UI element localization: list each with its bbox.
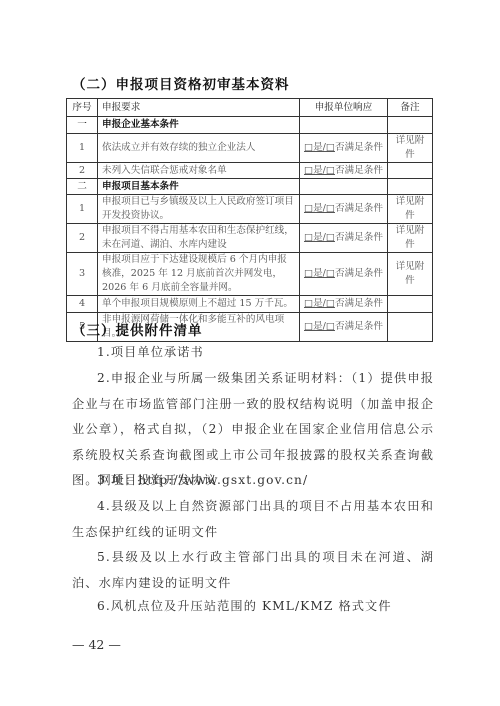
row-no: 3 [67, 253, 98, 296]
response-text: 否满足条件 [335, 165, 383, 176]
row-note: 详见附件 [387, 224, 432, 253]
table-row: 4 单个申报项目规模原则上不超过 15 万千瓦。 □是/□否满足条件 [67, 296, 433, 313]
header-note: 备注 [387, 99, 432, 117]
row-requirement: 申报项目应于下达建设规模后 6 个月内申报核准，2025 年 12 月底前首次并… [98, 253, 300, 296]
header-response: 申报单位响应 [300, 99, 388, 117]
row-response: □是/□否满足条件 [300, 296, 388, 313]
response-text: 否满足条件 [335, 232, 383, 243]
row-requirement: 依法成立并有效存续的独立企业法人 [98, 134, 300, 163]
row-note [387, 163, 432, 179]
row-no: 2 [67, 163, 98, 179]
response-text: 否满足条件 [335, 321, 383, 332]
yes-no-checkbox[interactable]: □是/□ [304, 321, 335, 332]
header-no: 序号 [67, 99, 98, 117]
yes-no-checkbox[interactable]: □是/□ [304, 268, 335, 279]
row-requirement: 申报项目基本条件 [98, 179, 300, 195]
attachment-item-5: 5.县级及以上水行政主管部门出具的项目未在河道、湖泊、水库内建设的证明文件 [72, 545, 434, 596]
row-no: 4 [67, 296, 98, 313]
section-3-title: （三）提供附件清单 [72, 319, 203, 339]
yes-no-checkbox[interactable]: □是/□ [304, 298, 335, 309]
header-requirement: 申报要求 [98, 99, 300, 117]
yes-no-checkbox[interactable]: □是/□ [304, 232, 335, 243]
row-note [387, 117, 432, 134]
row-note [387, 313, 432, 342]
yes-no-checkbox[interactable]: □是/□ [304, 165, 335, 176]
row-response: □是/□否满足条件 [300, 134, 388, 163]
row-no: 1 [67, 134, 98, 163]
row-requirement: 申报企业基本条件 [98, 117, 300, 134]
response-text: 否满足条件 [335, 268, 383, 279]
row-no: 2 [67, 224, 98, 253]
row-requirement: 未列入失信联合惩戒对象名单 [98, 163, 300, 179]
table-row: 1 依法成立并有效存续的独立企业法人 □是/□否满足条件 详见附件 [67, 134, 433, 163]
attachment-item-3: 3 项目投资开发协议 [72, 468, 434, 494]
table-header-row: 序号 申报要求 申报单位响应 备注 [67, 99, 433, 117]
row-requirement: 单个申报项目规模原则上不超过 15 万千瓦。 [98, 296, 300, 313]
attachment-item-4: 4.县级及以上自然资源部门出具的项目不占用基本农田和生态保护红线的证明文件 [72, 494, 434, 545]
row-note: 详见附件 [387, 195, 432, 224]
yes-no-checkbox[interactable]: □是/□ [304, 203, 335, 214]
row-response [300, 117, 388, 134]
row-note: 详见附件 [387, 134, 432, 163]
row-note [387, 296, 432, 313]
response-text: 否满足条件 [335, 203, 383, 214]
row-note: 详见附件 [387, 253, 432, 296]
section-2-title: （二）申报项目资格初审基本资料 [72, 73, 290, 93]
row-requirement: 申报项目不得占用基本农田和生态保护红线，未在河道、湖泊、水库内建设 [98, 224, 300, 253]
row-response [300, 179, 388, 195]
row-note [387, 179, 432, 195]
table-row: 2 申报项目不得占用基本农田和生态保护红线，未在河道、湖泊、水库内建设 □是/□… [67, 224, 433, 253]
row-response: □是/□否满足条件 [300, 163, 388, 179]
attachment-item-6: 6.风机点位及升压站范围的 KML/KMZ 格式文件 [72, 594, 434, 620]
row-no: 1 [67, 195, 98, 224]
response-text: 否满足条件 [335, 298, 383, 309]
page-number: — 42 — [72, 637, 121, 652]
table-row: 1 申报项目已与乡镇级及以上人民政府签订项目开发投资协议。 □是/□否满足条件 … [67, 195, 433, 224]
row-response: □是/□否满足条件 [300, 253, 388, 296]
row-response: □是/□否满足条件 [300, 313, 388, 342]
row-requirement: 申报项目已与乡镇级及以上人民政府签订项目开发投资协议。 [98, 195, 300, 224]
row-no: 一 [67, 117, 98, 134]
table-section-row: 二 申报项目基本条件 [67, 179, 433, 195]
row-no: 二 [67, 179, 98, 195]
attachment-item-1: 1.项目单位承诺书 [72, 340, 434, 366]
response-text: 否满足条件 [335, 142, 383, 153]
row-response: □是/□否满足条件 [300, 195, 388, 224]
table-section-row: 一 申报企业基本条件 [67, 117, 433, 134]
table-row: 2 未列入失信联合惩戒对象名单 □是/□否满足条件 [67, 163, 433, 179]
yes-no-checkbox[interactable]: □是/□ [304, 142, 335, 153]
table-row: 3 申报项目应于下达建设规模后 6 个月内申报核准，2025 年 12 月底前首… [67, 253, 433, 296]
requirements-table: 序号 申报要求 申报单位响应 备注 一 申报企业基本条件 1 依法成立并有效存续… [66, 98, 433, 342]
row-response: □是/□否满足条件 [300, 224, 388, 253]
